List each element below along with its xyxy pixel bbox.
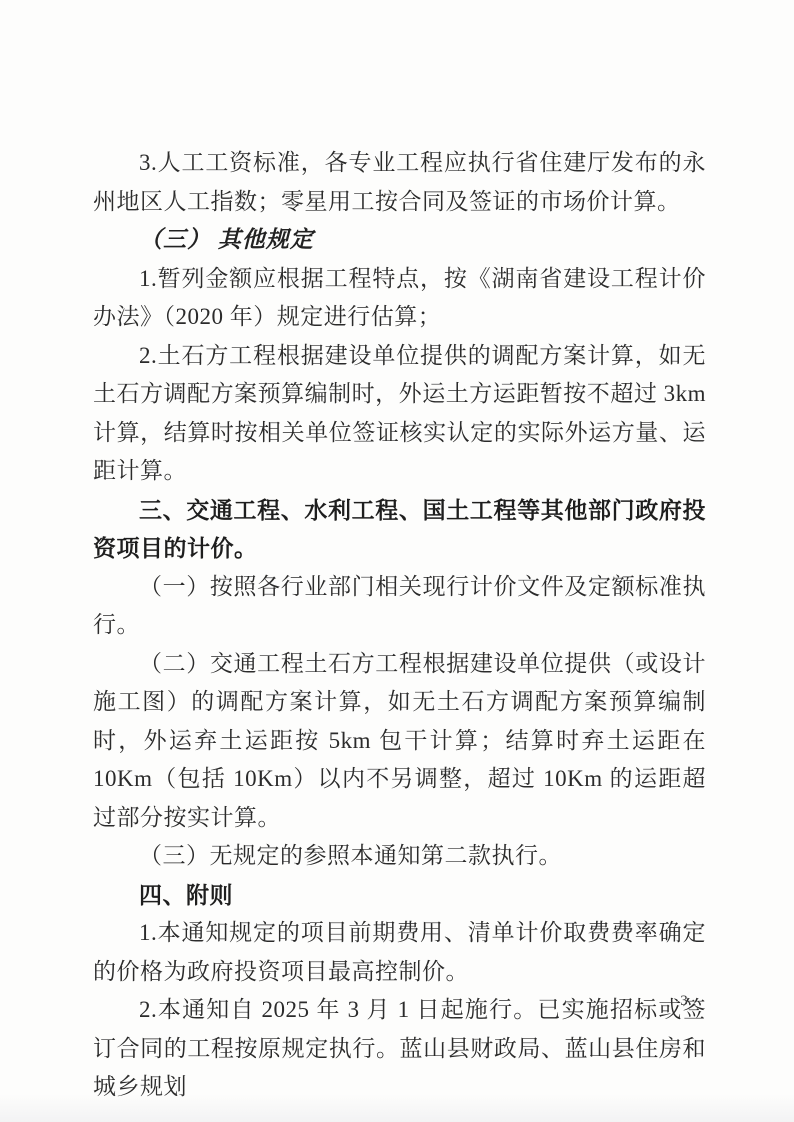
document-body: 3.人工工资标准，各专业工程应执行省住建厅发布的永州地区人工指数；零星用工按合同… (93, 144, 706, 1107)
paragraph-no-regulation-reference: （三）无规定的参照本通知第二款执行。 (93, 837, 706, 876)
heading-part-4-supplementary: 四、附则 (93, 876, 706, 915)
paragraph-industry-pricing-documents: （一）按照各行业部门相关现行计价文件及定额标准执行。 (93, 568, 706, 645)
paragraph-effective-date: 2.本通知自 2025 年 3 月 1 日起施行。已实施招标或签订合同的工程按原… (93, 991, 706, 1107)
paragraph-max-control-price: 1.本通知规定的项目前期费用、清单计价取费费率确定的价格为政府投资项目最高控制价… (93, 914, 706, 991)
paragraph-earthwork: 2.土石方工程根据建设单位提供的调配方案计算，如无土石方调配方案预算编制时，外运… (93, 337, 706, 491)
paragraph-provisional-amount: 1.暂列金额应根据工程特点，按《湖南省建设工程计价办法》（2020 年）规定进行… (93, 260, 706, 337)
heading-part-3-other-departments: 三、交通工程、水利工程、国土工程等其他部门政府投资项目的计价。 (93, 491, 706, 568)
heading-section-3-other-rules: （三） 其他规定 (93, 221, 706, 260)
page-number: 3 (672, 993, 696, 1010)
document-page: 3.人工工资标准，各专业工程应执行省住建厅发布的永州地区人工指数；零星用工按合同… (0, 0, 794, 1122)
paragraph-traffic-earthwork: （二）交通工程土石方工程根据建设单位提供（或设计施工图）的调配方案计算，如无土石… (93, 645, 706, 838)
paragraph-labor-wage-standard: 3.人工工资标准，各专业工程应执行省住建厅发布的永州地区人工指数；零星用工按合同… (93, 144, 706, 221)
